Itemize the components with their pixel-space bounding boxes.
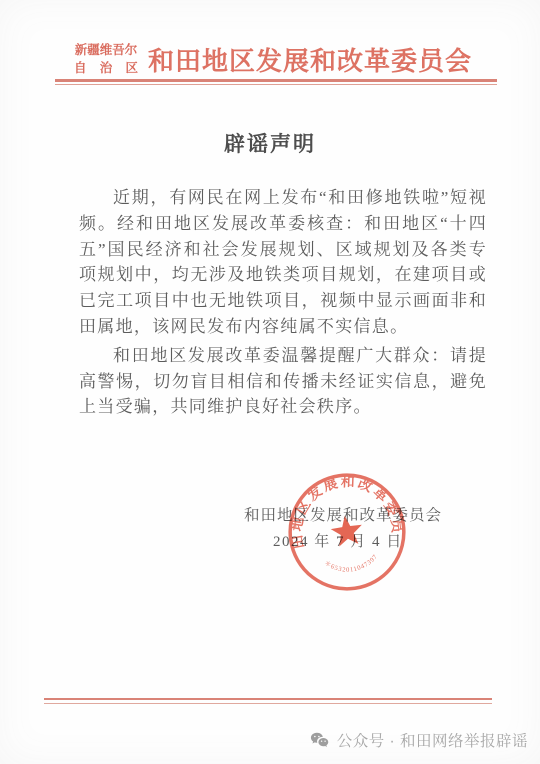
watermark-label: 公众号 · 和田网络举报辟谣 [337, 729, 528, 751]
page-title: 辟谣声明 [0, 128, 540, 158]
footer-rule-thick [44, 698, 492, 700]
footer-rule-thin [44, 703, 492, 704]
region-name-line2: 自治区 [74, 59, 138, 77]
letterhead-rule-thin [55, 84, 497, 85]
region-name-line1: 新疆维吾尔 [74, 41, 138, 59]
letterhead-rule-thick [55, 79, 497, 82]
seal-star-icon [329, 513, 364, 547]
wechat-icon [309, 730, 330, 751]
seal-code: ＊6532011047397 [322, 552, 381, 577]
document-page: 新疆维吾尔 自治区 和田地区发展和改革委员会 辟谣声明 近期，有网民在网上发布“… [0, 0, 540, 764]
paragraph-2: 和田地区发展改革委温馨提醒广大群众：请提高警惕，切勿盲目相信和传播未经证实信息，… [79, 343, 487, 420]
watermark: 公众号 · 和田网络举报辟谣 [309, 728, 528, 752]
letterhead-org-title: 和田地区发展和改革委员会 [148, 41, 478, 78]
letterhead-region-block: 新疆维吾尔 自治区 [74, 41, 138, 77]
statement-body: 近期，有网民在网上发布“和田修地铁啦”短视频。经和田地区发展改革委核查：和田地区… [79, 185, 487, 420]
paragraph-1: 近期，有网民在网上发布“和田修地铁啦”短视频。经和田地区发展改革委核查：和田地区… [79, 185, 487, 340]
official-seal-stamp: 和田地区发展和改革委员会 ＊6532011047397 [277, 462, 417, 602]
